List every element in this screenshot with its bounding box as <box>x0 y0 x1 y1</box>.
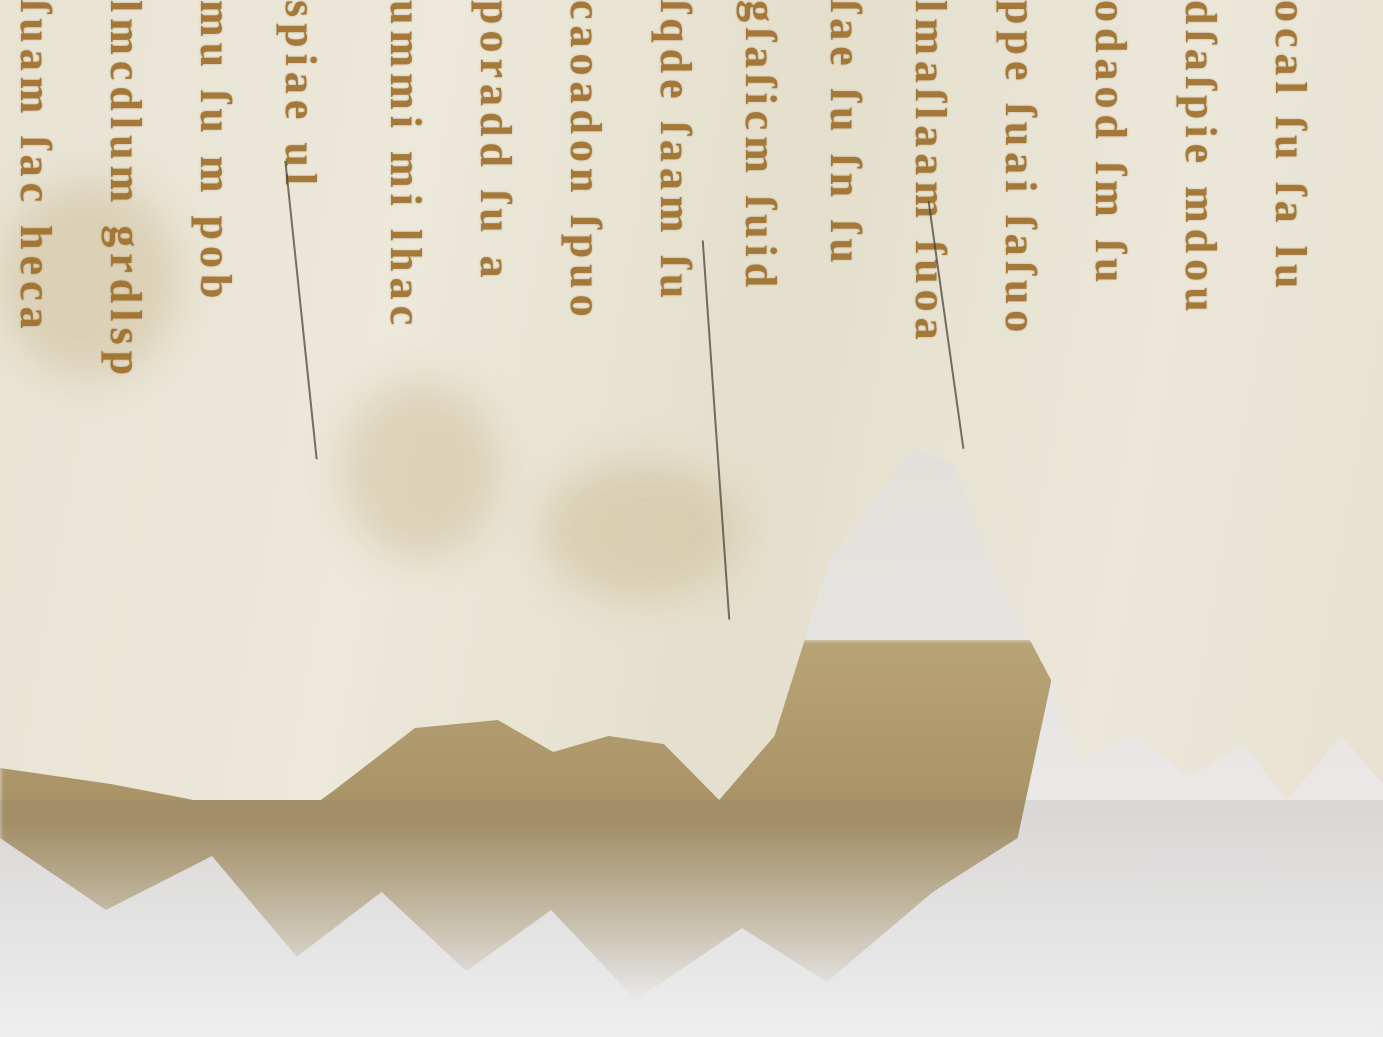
text-column: ſuam ſac heca <box>10 0 61 335</box>
text-column: dſaſpie mdou <box>1175 0 1226 318</box>
text-column: lmaſlaam ſuoa <box>905 0 956 346</box>
text-column: poradd ſu a <box>470 0 521 284</box>
parchment-sheet: ſuam ſac heca lmcdlum grdlsp mu ſu m pob… <box>0 0 1383 800</box>
text-column: gſaſicm ſuid <box>735 0 786 293</box>
text-column: spiae ul <box>275 0 326 191</box>
text-column: ummi mi lhac <box>380 0 431 331</box>
text-column: ſqde ſaam ſu <box>650 0 701 304</box>
text-column: ocal ſu ſa lu <box>1265 0 1316 294</box>
text-column: ſae ſu ſn ſu <box>820 0 871 269</box>
text-column: ppe ſuai ſaſuo <box>995 0 1046 338</box>
water-stain <box>540 460 740 600</box>
tear-line <box>284 161 317 460</box>
text-column: lmcdlum grdlsp <box>100 0 151 381</box>
text-column: mu ſu m pob <box>190 0 241 304</box>
manuscript-photo: ſuam ſac heca lmcdlum grdlsp mu ſu m pob… <box>0 0 1383 1037</box>
text-column: caoadon ſpuo <box>560 0 611 323</box>
text-column: odaod ſm ſu <box>1085 0 1136 289</box>
water-stain <box>340 380 500 560</box>
cast-shadow <box>0 800 1383 1037</box>
